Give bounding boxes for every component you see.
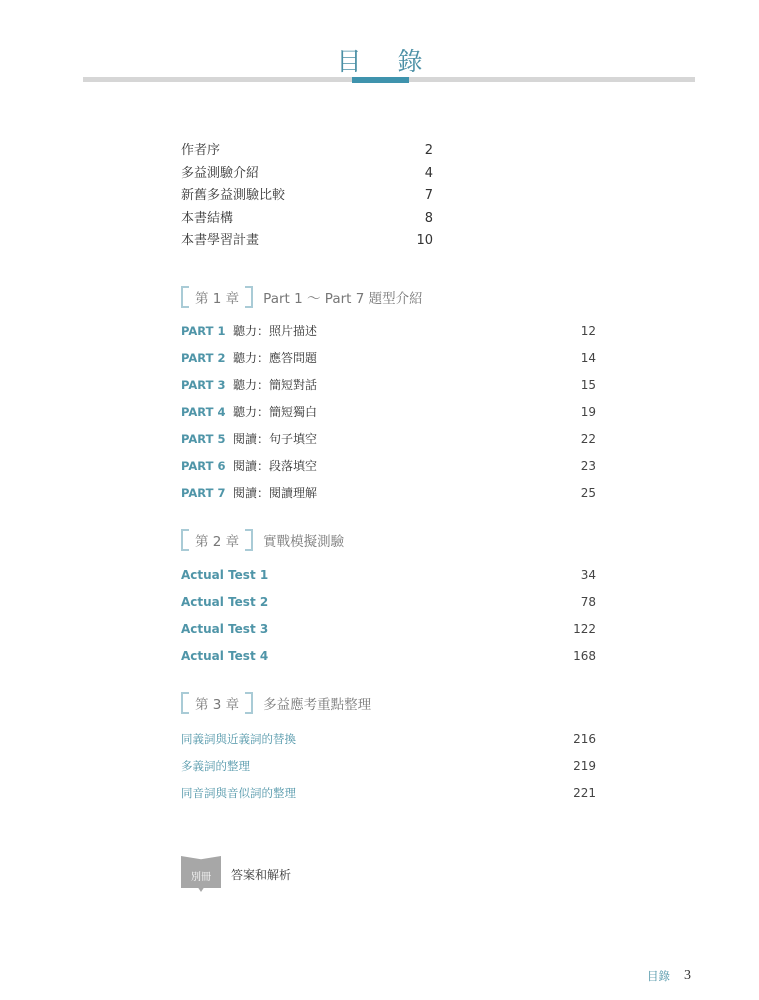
entry-page: 22 xyxy=(581,432,596,446)
entry-label: 多義詞的整理 xyxy=(181,758,250,774)
toc-entry[interactable]: PART 3聽力：簡短對話15 xyxy=(181,371,596,398)
entry-page: 15 xyxy=(581,378,596,392)
toc-entry[interactable]: PART 7閱讀：閱讀理解25 xyxy=(181,479,596,506)
page-footer: 目錄 3 xyxy=(647,968,691,984)
appendix-label: 答案和解析 xyxy=(231,866,291,883)
chapter-title: 實戰模擬測驗 xyxy=(263,530,344,550)
entry-page: 25 xyxy=(581,486,596,500)
entry-label: 同音詞與音似詞的整理 xyxy=(181,785,296,801)
toc-entry[interactable]: PART 5閱讀：句子填空22 xyxy=(181,425,596,452)
page-title: 目 錄 xyxy=(0,47,759,77)
entry-label: 本書學習計畫 xyxy=(181,230,259,253)
entry-page: 10 xyxy=(416,230,433,253)
entry-label: Actual Test 2 xyxy=(181,595,268,609)
book-icon: 別冊 xyxy=(181,856,221,892)
toc-entry[interactable]: PART 2聽力：應答問題14 xyxy=(181,344,596,371)
entry-page: 219 xyxy=(573,759,596,773)
entry-label: 聽力：照片描述 xyxy=(233,322,317,339)
bracket-left-icon xyxy=(181,529,189,551)
toc-entry[interactable]: 本書學習計畫10 xyxy=(181,230,433,253)
toc-entry[interactable]: 多益測驗介紹4 xyxy=(181,163,433,186)
entry-page: 216 xyxy=(573,732,596,746)
bracket-left-icon xyxy=(181,286,189,308)
chapter-2-heading: 第 2 章 實戰模擬測驗 xyxy=(181,529,344,551)
entry-page: 8 xyxy=(425,208,433,231)
toc-entry[interactable]: Actual Test 4168 xyxy=(181,642,596,669)
toc-entry[interactable]: 本書結構8 xyxy=(181,208,433,231)
toc-entry[interactable]: 作者序2 xyxy=(181,140,433,163)
toc-entry[interactable]: 同義詞與近義詞的替換216 xyxy=(181,725,596,752)
chapter-title: 多益應考重點整理 xyxy=(263,693,371,713)
entry-page: 168 xyxy=(573,649,596,663)
entry-label: Actual Test 3 xyxy=(181,622,268,636)
chapter-number: 第 1 章 xyxy=(195,287,239,307)
bracket-left-icon xyxy=(181,692,189,714)
entry-page: 23 xyxy=(581,459,596,473)
entry-page: 78 xyxy=(581,595,596,609)
chapter-number: 第 2 章 xyxy=(195,530,239,550)
entry-page: 34 xyxy=(581,568,596,582)
title-rule-accent xyxy=(352,77,409,83)
chapter-1-heading: 第 1 章 Part 1 ～ Part 7 題型介紹 xyxy=(181,286,423,308)
entry-page: 7 xyxy=(425,185,433,208)
entry-label: 聽力：簡短對話 xyxy=(233,376,317,393)
chapter-title: Part 1 ～ Part 7 題型介紹 xyxy=(263,287,422,307)
entry-page: 4 xyxy=(425,163,433,186)
entry-page: 19 xyxy=(581,405,596,419)
footer-section: 目錄 xyxy=(647,968,670,984)
toc-entry[interactable]: Actual Test 278 xyxy=(181,588,596,615)
chapter-number: 第 3 章 xyxy=(195,693,239,713)
part-label: PART 1 xyxy=(181,324,233,338)
toc-entry[interactable]: 同音詞與音似詞的整理221 xyxy=(181,779,596,806)
entry-label: Actual Test 1 xyxy=(181,568,268,582)
entry-label: 閱讀：閱讀理解 xyxy=(233,484,317,501)
chapter-3-list: 同義詞與近義詞的替換216 多義詞的整理219 同音詞與音似詞的整理221 xyxy=(181,725,596,806)
entry-label: 多益測驗介紹 xyxy=(181,163,259,186)
entry-label: 新舊多益測驗比較 xyxy=(181,185,285,208)
part-label: PART 4 xyxy=(181,405,233,419)
toc-entry[interactable]: PART 6閱讀：段落填空23 xyxy=(181,452,596,479)
chapter-1-list: PART 1聽力：照片描述12 PART 2聽力：應答問題14 PART 3聽力… xyxy=(181,317,596,506)
part-label: PART 5 xyxy=(181,432,233,446)
entry-label: 同義詞與近義詞的替換 xyxy=(181,731,296,747)
entry-label: 聽力：簡短獨白 xyxy=(233,403,317,420)
entry-label: 閱讀：句子填空 xyxy=(233,430,317,447)
entry-page: 221 xyxy=(573,786,596,800)
entry-page: 122 xyxy=(573,622,596,636)
entry-label: 閱讀：段落填空 xyxy=(233,457,317,474)
part-label: PART 7 xyxy=(181,486,233,500)
entry-label: Actual Test 4 xyxy=(181,649,268,663)
entry-page: 2 xyxy=(425,140,433,163)
toc-entry[interactable]: 新舊多益測驗比較7 xyxy=(181,185,433,208)
appendix-badge: 別冊 xyxy=(181,868,221,883)
toc-entry[interactable]: Actual Test 134 xyxy=(181,561,596,588)
entry-page: 12 xyxy=(581,324,596,338)
chapter-3-heading: 第 3 章 多益應考重點整理 xyxy=(181,692,371,714)
entry-label: 聽力：應答問題 xyxy=(233,349,317,366)
bracket-right-icon xyxy=(245,529,253,551)
page-number: 3 xyxy=(684,968,691,984)
chapter-2-list: Actual Test 134 Actual Test 278 Actual T… xyxy=(181,561,596,669)
entry-page: 14 xyxy=(581,351,596,365)
appendix-entry[interactable]: 別冊 答案和解析 xyxy=(181,856,291,892)
toc-entry[interactable]: PART 4聽力：簡短獨白19 xyxy=(181,398,596,425)
part-label: PART 3 xyxy=(181,378,233,392)
toc-entry[interactable]: 多義詞的整理219 xyxy=(181,752,596,779)
front-matter-list: 作者序2 多益測驗介紹4 新舊多益測驗比較7 本書結構8 本書學習計畫10 xyxy=(181,140,433,253)
entry-label: 作者序 xyxy=(181,140,220,163)
part-label: PART 2 xyxy=(181,351,233,365)
part-label: PART 6 xyxy=(181,459,233,473)
bracket-right-icon xyxy=(245,692,253,714)
toc-entry[interactable]: Actual Test 3122 xyxy=(181,615,596,642)
entry-label: 本書結構 xyxy=(181,208,233,231)
bracket-right-icon xyxy=(245,286,253,308)
toc-entry[interactable]: PART 1聽力：照片描述12 xyxy=(181,317,596,344)
